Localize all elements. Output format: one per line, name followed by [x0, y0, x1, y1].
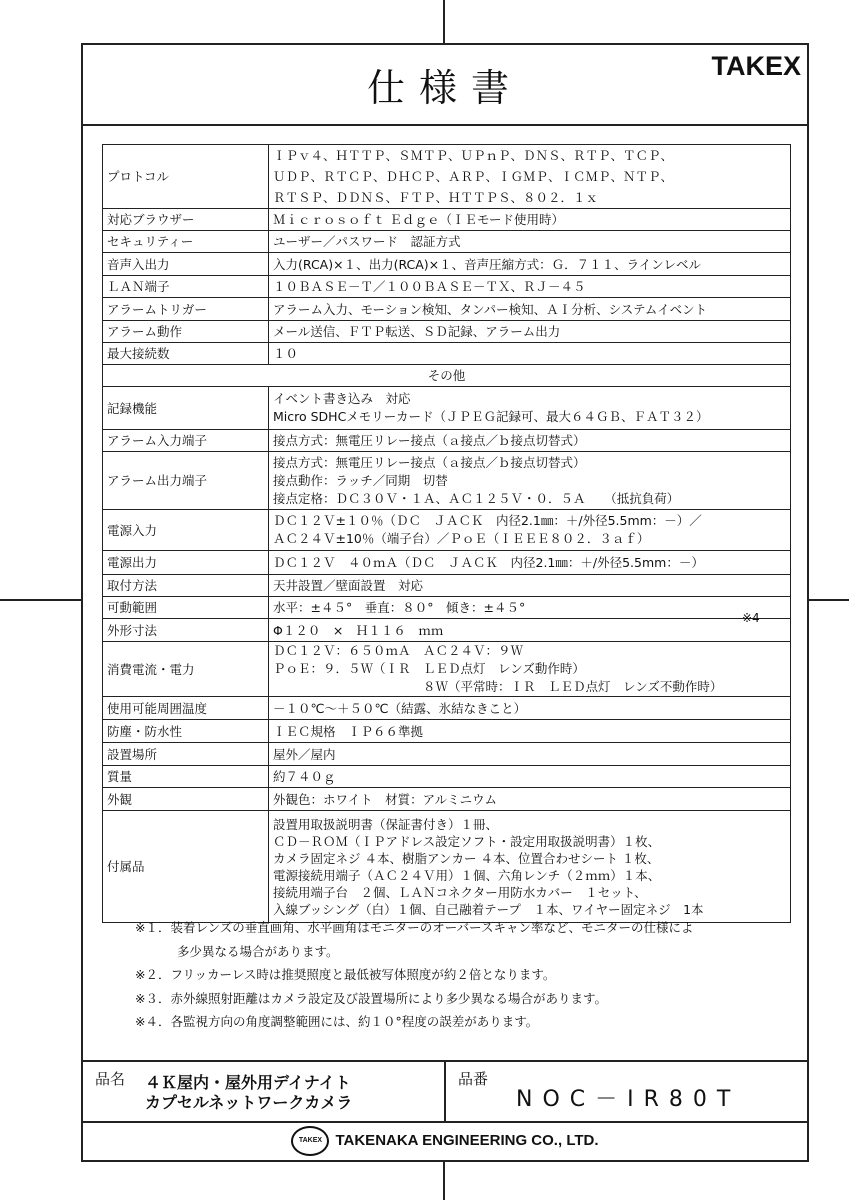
spec-value-line: 約７４０ｇ: [273, 766, 786, 787]
spec-value-line: －１０℃～＋５０℃（結露、氷結なきこと）: [273, 698, 786, 719]
spec-label: 質量: [103, 766, 269, 788]
spec-value-line: 入力(RCA)×１、出力(RCA)×１、音声圧縮方式：Ｇ．７１１、ラインレベル: [273, 254, 786, 275]
section-header-row: その他: [103, 365, 791, 387]
product-name-label: 品名: [95, 1068, 125, 1089]
spec-value-line: ＩＰｖ４、ＨＴＴＰ、ＳＭＴＰ、ＵＰｎＰ、ＤＮＳ、ＲＴＰ、ＴＣＰ、: [273, 145, 786, 166]
spec-value: 接点方式：無電圧リレー接点（ａ接点／ｂ接点切替式）: [269, 430, 791, 452]
spec-value: Φ１２０ × Ｈ１１６ ｍｍ: [269, 619, 791, 642]
spec-value-line: 天井設置／壁面設置 対応: [273, 575, 786, 596]
spec-label: 取付方法: [103, 575, 269, 597]
company-name: TAKENAKA ENGINEERING CO., LTD.: [335, 1132, 598, 1149]
spec-label: アラーム出力端子: [103, 452, 269, 510]
spec-value-line: 設置用取扱説明書（保証書付き）１冊、: [273, 816, 786, 833]
spec-value-line: ８Ｗ（平常時：ＩＲ ＬＥＤ点灯 レンズ不動作時）: [273, 678, 786, 696]
takex-logo-icon: TAKEX: [291, 1126, 329, 1156]
spec-value-line: 電源接続用端子（ＡＣ２４Ｖ用）１個、六角レンチ（２ｍｍ）１本、: [273, 867, 786, 884]
spec-value: アラーム入力、モーション検知、タンパー検知、ＡＩ分析、システムイベント: [269, 298, 791, 321]
spec-value-line: Ｍｉｃｒｏｓｏｆｔ Ｅｄｇｅ（ＩＥモード使用時）: [273, 209, 786, 230]
spec-value: 設置用取扱説明書（保証書付き）１冊、ＣＤ－ＲＯＭ（ＩＰアドレス設定ソフト・設定用…: [269, 811, 791, 923]
spec-label: アラームトリガー: [103, 298, 269, 321]
spec-row: 最大接続数１０: [103, 343, 791, 365]
spec-label: 外観: [103, 788, 269, 811]
spec-row: 使用可能周囲温度－１０℃～＋５０℃（結露、氷結なきこと）: [103, 697, 791, 720]
spec-row: アラーム動作メール送信、ＦＴＰ転送、ＳＤ記録、アラーム出力: [103, 321, 791, 343]
product-number: NOC－IR80T: [516, 1082, 740, 1113]
spec-value-line: 入線ブッシング（白）１個、自己融着テープ １本、ワイヤー固定ネジ 1本: [273, 901, 786, 918]
spec-row: 記録機能イベント書き込み 対応Micro SDHCメモリーカード（ＪＰＥＧ記録可…: [103, 387, 791, 430]
spec-value: ＤＣ１２Ｖ±１０％（ＤＣ ＪＡＣＫ 内径2.1㎜：＋/外径5.5mm：－）／ＡＣ…: [269, 510, 791, 551]
registration-mark-right: [807, 599, 849, 601]
spec-label: 対応ブラウザー: [103, 209, 269, 231]
spec-value: １０ＢＡＳＥ－Ｔ／１００ＢＡＳＥ－ＴＸ、ＲＪ－４５: [269, 276, 791, 298]
spec-row: 外観外観色：ホワイト 材質：アルミニウム: [103, 788, 791, 811]
spec-label: 音声入出力: [103, 253, 269, 276]
spec-value-line: ＰｏＥ：９．５Ｗ（ＩＲ ＬＥＤ点灯 レンズ動作時）: [273, 660, 786, 678]
spec-value-line: 接点動作：ラッチ／同期 切替: [273, 472, 786, 490]
product-name: ４Ｋ屋内・屋外用デイナイト カプセルネットワークカメラ: [145, 1073, 352, 1113]
brand-logo: TAKEX: [711, 51, 801, 82]
spec-value: イベント書き込み 対応Micro SDHCメモリーカード（ＪＰＥＧ記録可、最大６…: [269, 387, 791, 430]
spec-row: 電源入力ＤＣ１２Ｖ±１０％（ＤＣ ＪＡＣＫ 内径2.1㎜：＋/外径5.5mm：－…: [103, 510, 791, 551]
spec-label: 防塵・防水性: [103, 720, 269, 743]
spec-row: 防塵・防水性ＩＥＣ規格 ＩＰ６６準拠: [103, 720, 791, 743]
spec-value-line: ＤＣ１２Ｖ：６５０ｍＡ ＡＣ２４Ｖ：９Ｗ: [273, 642, 786, 660]
spec-row: アラーム出力端子接点方式：無電圧リレー接点（ａ接点／ｂ接点切替式）接点動作：ラッ…: [103, 452, 791, 510]
spec-row: 質量約７４０ｇ: [103, 766, 791, 788]
spec-value-line: 接点定格：ＤＣ３０Ｖ・１Ａ、ＡＣ１２５Ｖ・０．５Ａ （抵抗負荷）: [273, 490, 786, 508]
spec-value-line: ＩＥＣ規格 ＩＰ６６準拠: [273, 721, 786, 742]
spec-value: ユーザー／パスワード 認証方式: [269, 231, 791, 253]
spec-label: 電源入力: [103, 510, 269, 551]
spec-value-line: ＵＤＰ、ＲＴＣＰ、ＤＨＣＰ、ＡＲＰ、ＩＧＭＰ、ＩＣＭＰ、ＮＴＰ、: [273, 166, 786, 187]
product-name-line2: カプセルネットワークカメラ: [145, 1093, 352, 1113]
spec-value-line: 接続用端子台 ２個、ＬＡＮコネクター用防水カバー １セット、: [273, 884, 786, 901]
spec-row: アラームトリガーアラーム入力、モーション検知、タンパー検知、ＡＩ分析、システムイ…: [103, 298, 791, 321]
spec-value-line: Micro SDHCメモリーカード（ＪＰＥＧ記録可、最大６４ＧＢ、ＦＡＴ３２）: [273, 408, 786, 426]
spec-value: ＩＰｖ４、ＨＴＴＰ、ＳＭＴＰ、ＵＰｎＰ、ＤＮＳ、ＲＴＰ、ＴＣＰ、ＵＤＰ、ＲＴＣＰ…: [269, 145, 791, 209]
spec-label: セキュリティー: [103, 231, 269, 253]
spec-row: 消費電流・電力ＤＣ１２Ｖ：６５０ｍＡ ＡＣ２４Ｖ：９ＷＰｏＥ：９．５Ｗ（ＩＲ Ｌ…: [103, 642, 791, 697]
product-number-cell: 品番 NOC－IR80T: [446, 1062, 807, 1121]
spec-row: 取付方法天井設置／壁面設置 対応: [103, 575, 791, 597]
spec-label: 付属品: [103, 811, 269, 923]
spec-value-line: Φ１２０ × Ｈ１１６ ｍｍ: [273, 620, 786, 641]
spec-value-line: 接点方式：無電圧リレー接点（ａ接点／ｂ接点切替式）: [273, 430, 786, 451]
spec-label: アラーム動作: [103, 321, 269, 343]
spec-value-line: ＲＴＳＰ、ＤＤＮＳ、ＦＴＰ、ＨＴＴＰＳ、８０２．１ｘ: [273, 187, 786, 208]
spec-value: ＤＣ１２Ｖ ４０ｍＡ（ＤＣ ＪＡＣＫ 内径2.1㎜：＋/外径5.5mm：－）: [269, 551, 791, 575]
title-band: 仕様書 TAKEX: [83, 45, 807, 126]
spec-value: 接点方式：無電圧リレー接点（ａ接点／ｂ接点切替式）接点動作：ラッチ／同期 切替接…: [269, 452, 791, 510]
spec-row: セキュリティーユーザー／パスワード 認証方式: [103, 231, 791, 253]
spec-value: 屋外／屋内: [269, 743, 791, 766]
spec-label: 消費電流・電力: [103, 642, 269, 697]
company-row: TAKEX TAKENAKA ENGINEERING CO., LTD.: [83, 1121, 807, 1160]
spec-value: 入力(RCA)×１、出力(RCA)×１、音声圧縮方式：Ｇ．７１１、ラインレベル: [269, 253, 791, 276]
footnote: ※３．赤外線照射距離はカメラ設定及び設置場所により多少異なる場合があります。: [135, 987, 694, 1011]
spec-label: 外形寸法: [103, 619, 269, 642]
registration-mark-left: [0, 599, 81, 601]
spec-row: ＬＡＮ端子１０ＢＡＳＥ－Ｔ／１００ＢＡＳＥ－ＴＸ、ＲＪ－４５: [103, 276, 791, 298]
spec-value: １０: [269, 343, 791, 365]
product-info-row: 品名 ４Ｋ屋内・屋外用デイナイト カプセルネットワークカメラ 品番 NOC－IR…: [83, 1060, 807, 1123]
spec-value: ＤＣ１２Ｖ：６５０ｍＡ ＡＣ２４Ｖ：９ＷＰｏＥ：９．５Ｗ（ＩＲ ＬＥＤ点灯 レン…: [269, 642, 791, 697]
document-frame: 仕様書 TAKEX プロトコルＩＰｖ４、ＨＴＴＰ、ＳＭＴＰ、ＵＰｎＰ、ＤＮＳ、Ｒ…: [81, 43, 809, 1162]
spec-label: 設置場所: [103, 743, 269, 766]
footnote-continuation: 多少異なる場合があります。: [135, 940, 694, 964]
spec-value-line: 外観色：ホワイト 材質：アルミニウム: [273, 789, 786, 810]
spec-row: 電源出力ＤＣ１２Ｖ ４０ｍＡ（ＤＣ ＪＡＣＫ 内径2.1㎜：＋/外径5.5mm：…: [103, 551, 791, 575]
spec-row: アラーム入力端子接点方式：無電圧リレー接点（ａ接点／ｂ接点切替式）: [103, 430, 791, 452]
product-name-cell: 品名 ４Ｋ屋内・屋外用デイナイト カプセルネットワークカメラ: [83, 1062, 446, 1121]
spec-value: 約７４０ｇ: [269, 766, 791, 788]
spec-label: 最大接続数: [103, 343, 269, 365]
spec-value: Ｍｉｃｒｏｓｏｆｔ Ｅｄｇｅ（ＩＥモード使用時）: [269, 209, 791, 231]
spec-value-line: 接点方式：無電圧リレー接点（ａ接点／ｂ接点切替式）: [273, 454, 786, 472]
footnote: ※２．フリッカーレス時は推奨照度と最低被写体照度が約２倍となります。: [135, 963, 694, 987]
spec-label: プロトコル: [103, 145, 269, 209]
spec-value-line: イベント書き込み 対応: [273, 390, 786, 408]
section-header-other: その他: [103, 365, 791, 387]
spec-value-line: １０: [273, 343, 786, 364]
spec-value: 水平：±４５° 垂直：８０° 傾き：±４５°: [269, 597, 791, 619]
spec-value: －１０℃～＋５０℃（結露、氷結なきこと）: [269, 697, 791, 720]
spec-row: プロトコルＩＰｖ４、ＨＴＴＰ、ＳＭＴＰ、ＵＰｎＰ、ＤＮＳ、ＲＴＰ、ＴＣＰ、ＵＤＰ…: [103, 145, 791, 209]
footnotes: ※１．装着レンズの垂直画角、水平画角はモニターのオーバースキャン率など、モニター…: [135, 916, 694, 1034]
spec-value-line: ＤＣ１２Ｖ ４０ｍＡ（ＤＣ ＪＡＣＫ 内径2.1㎜：＋/外径5.5mm：－）: [273, 552, 786, 573]
registration-mark-top: [443, 0, 445, 43]
spec-label: ＬＡＮ端子: [103, 276, 269, 298]
spec-value-line: 水平：±４５° 垂直：８０° 傾き：±４５°: [273, 597, 786, 618]
spec-value: 外観色：ホワイト 材質：アルミニウム: [269, 788, 791, 811]
footnote: ※４．各監視方向の角度調整範囲には、約１０°程度の誤差があります。: [135, 1010, 694, 1034]
product-number-label: 品番: [458, 1068, 488, 1089]
side-note-mark: ※4: [742, 611, 760, 625]
spec-label: 可動範囲: [103, 597, 269, 619]
spec-value-line: メール送信、ＦＴＰ転送、ＳＤ記録、アラーム出力: [273, 321, 786, 342]
spec-label: 使用可能周囲温度: [103, 697, 269, 720]
spec-label: 記録機能: [103, 387, 269, 430]
spec-value-line: １０ＢＡＳＥ－Ｔ／１００ＢＡＳＥ－ＴＸ、ＲＪ－４５: [273, 276, 786, 297]
spec-value-line: ユーザー／パスワード 認証方式: [273, 231, 786, 252]
spec-value: ＩＥＣ規格 ＩＰ６６準拠: [269, 720, 791, 743]
product-name-line1: ４Ｋ屋内・屋外用デイナイト: [145, 1073, 352, 1093]
spec-value-line: ＣＤ－ＲＯＭ（ＩＰアドレス設定ソフト・設定用取扱説明書）１枚、: [273, 833, 786, 850]
spec-value: メール送信、ＦＴＰ転送、ＳＤ記録、アラーム出力: [269, 321, 791, 343]
spec-value-line: ＡＣ２４Ｖ±10％（端子台）／ＰｏＥ（ＩＥＥＥ８０２．３ａｆ）: [273, 530, 786, 548]
spec-row: 音声入出力入力(RCA)×１、出力(RCA)×１、音声圧縮方式：Ｇ．７１１、ライ…: [103, 253, 791, 276]
registration-mark-bottom: [443, 1160, 445, 1200]
spec-value-line: アラーム入力、モーション検知、タンパー検知、ＡＩ分析、システムイベント: [273, 299, 786, 320]
spec-value-line: 屋外／屋内: [273, 744, 786, 765]
spec-row: 可動範囲水平：±４５° 垂直：８０° 傾き：±４５°: [103, 597, 791, 619]
spec-label: 電源出力: [103, 551, 269, 575]
spec-table: プロトコルＩＰｖ４、ＨＴＴＰ、ＳＭＴＰ、ＵＰｎＰ、ＤＮＳ、ＲＴＰ、ＴＣＰ、ＵＤＰ…: [102, 144, 791, 923]
spec-value: 天井設置／壁面設置 対応: [269, 575, 791, 597]
spec-row: 付属品設置用取扱説明書（保証書付き）１冊、ＣＤ－ＲＯＭ（ＩＰアドレス設定ソフト・…: [103, 811, 791, 923]
spec-row: 設置場所屋外／屋内: [103, 743, 791, 766]
document-title: 仕様書: [83, 57, 807, 112]
spec-row: 外形寸法Φ１２０ × Ｈ１１６ ｍｍ: [103, 619, 791, 642]
spec-label: アラーム入力端子: [103, 430, 269, 452]
spec-row: 対応ブラウザーＭｉｃｒｏｓｏｆｔ Ｅｄｇｅ（ＩＥモード使用時）: [103, 209, 791, 231]
footnote: ※１．装着レンズの垂直画角、水平画角はモニターのオーバースキャン率など、モニター…: [135, 916, 694, 940]
spec-value-line: カメラ固定ネジ ４本、樹脂アンカー ４本、位置合わせシート １枚、: [273, 850, 786, 867]
spec-value-line: ＤＣ１２Ｖ±１０％（ＤＣ ＪＡＣＫ 内径2.1㎜：＋/外径5.5mm：－）／: [273, 512, 786, 530]
